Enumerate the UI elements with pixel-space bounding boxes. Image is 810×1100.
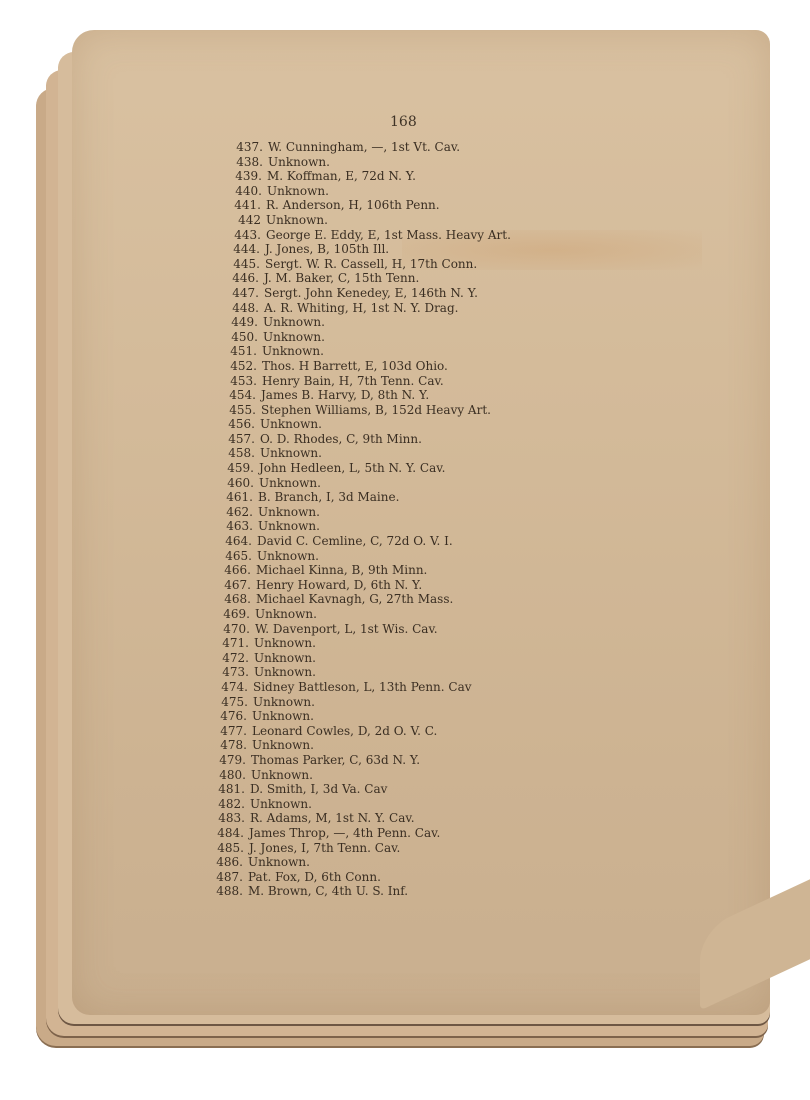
entry-text: Unknown. (252, 709, 314, 724)
list-item: 486.Unknown. (210, 855, 570, 870)
entry-number: 454. (223, 388, 261, 403)
entry-number: 462. (220, 505, 258, 520)
list-item: 446.J. M. Baker, C, 15th Tenn. (226, 271, 570, 286)
entry-number: 470. (217, 622, 255, 637)
list-item: 476.Unknown. (214, 709, 570, 724)
entry-number: 484. (211, 826, 249, 841)
entry-number: 459. (221, 461, 259, 476)
list-item: 442Unknown. (228, 213, 570, 228)
entry-text: George E. Eddy, E, 1st Mass. Heavy Art. (266, 228, 511, 243)
entry-text: Unknown. (252, 738, 314, 753)
list-item: 444.J. Jones, B, 105th Ill. (227, 242, 570, 257)
entry-text: John Hedleen, L, 5th N. Y. Cav. (259, 461, 445, 476)
list-item: 440.Unknown. (229, 184, 570, 199)
list-item: 451.Unknown. (224, 344, 570, 359)
list-item: 470.W. Davenport, L, 1st Wis. Cav. (217, 622, 570, 637)
list-item: 474.Sidney Battleson, L, 13th Penn. Cav (215, 680, 570, 695)
entry-text: Unknown. (259, 476, 321, 491)
entry-text: Unknown. (251, 768, 313, 783)
entry-text: M. Brown, C, 4th U. S. Inf. (248, 884, 408, 899)
entry-text: Sergt. John Kenedey, E, 146th N. Y. (264, 286, 478, 301)
list-item: 483.R. Adams, M, 1st N. Y. Cav. (212, 811, 570, 826)
list-item: 473.Unknown. (216, 665, 570, 680)
entry-text: David C. Cemline, C, 72d O. V. I. (257, 534, 453, 549)
list-item: 481.D. Smith, I, 3d Va. Cav (212, 782, 570, 797)
entry-number: 483. (212, 811, 250, 826)
entry-text: Michael Kavnagh, G, 27th Mass. (256, 592, 453, 607)
entry-text: Unknown. (257, 549, 319, 564)
entry-text: Unknown. (260, 417, 322, 432)
list-item: 439.M. Koffman, E, 72d N. Y. (229, 169, 570, 184)
list-item: 488.M. Brown, C, 4th U. S. Inf. (210, 884, 570, 899)
entry-number: 437. (230, 140, 268, 155)
entry-text: M. Koffman, E, 72d N. Y. (267, 169, 416, 184)
entry-text: Unknown. (263, 315, 325, 330)
entry-text: Thos. H Barrett, E, 103d Ohio. (262, 359, 448, 374)
entry-number: 468. (218, 592, 256, 607)
entry-text: James B. Harvy, D, 8th N. Y. (261, 388, 429, 403)
entry-number: 466. (218, 563, 256, 578)
entry-number: 438. (230, 155, 268, 170)
entry-text: Henry Bain, H, 7th Tenn. Cav. (262, 374, 444, 389)
entry-text: Unknown. (262, 344, 324, 359)
entry-text: Unknown. (260, 446, 322, 461)
entry-number: 481. (212, 782, 250, 797)
list-item: 437.W. Cunningham, —, 1st Vt. Cav. (230, 140, 570, 155)
entry-text: O. D. Rhodes, C, 9th Minn. (260, 432, 422, 447)
entry-text: Unknown. (267, 184, 329, 199)
list-item: 460.Unknown. (221, 476, 570, 491)
entry-number: 447. (226, 286, 264, 301)
entry-text: J. Jones, I, 7th Tenn. Cav. (249, 841, 400, 856)
list-item: 466.Michael Kinna, B, 9th Minn. (218, 563, 570, 578)
entry-text: R. Anderson, H, 106th Penn. (266, 198, 440, 213)
list-item: 456.Unknown. (222, 417, 570, 432)
entry-number: 487. (210, 870, 248, 885)
entry-number: 456. (222, 417, 260, 432)
list-item: 453.Henry Bain, H, 7th Tenn. Cav. (224, 374, 570, 389)
entry-text: Unknown. (258, 519, 320, 534)
entry-number: 463. (220, 519, 258, 534)
list-item: 457.O. D. Rhodes, C, 9th Minn. (222, 432, 570, 447)
list-item: 445.Sergt. W. R. Cassell, H, 17th Conn. (227, 257, 570, 272)
entry-number: 473. (216, 665, 254, 680)
entry-number: 448. (226, 301, 264, 316)
entry-number: 460. (221, 476, 259, 491)
entry-text: J. Jones, B, 105th Ill. (265, 242, 389, 257)
entry-number: 471. (216, 636, 254, 651)
page-number: 168 (390, 114, 417, 130)
list-item: 468.Michael Kavnagh, G, 27th Mass. (218, 592, 570, 607)
entry-text: Henry Howard, D, 6th N. Y. (256, 578, 422, 593)
entry-number: 476. (214, 709, 252, 724)
list-item: 449.Unknown. (225, 315, 570, 330)
list-item: 452.Thos. H Barrett, E, 103d Ohio. (224, 359, 570, 374)
list-item: 469.Unknown. (217, 607, 570, 622)
entry-number: 469. (217, 607, 255, 622)
list-item: 482.Unknown. (212, 797, 570, 812)
list-item: 475.Unknown. (215, 695, 570, 710)
entry-number: 441. (228, 198, 266, 213)
list-item: 461.B. Branch, I, 3d Maine. (220, 490, 570, 505)
list-item: 448.A. R. Whiting, H, 1st N. Y. Drag. (226, 301, 570, 316)
entry-text: Pat. Fox, D, 6th Conn. (248, 870, 381, 885)
entry-text: J. M. Baker, C, 15th Tenn. (264, 271, 419, 286)
list-item: 441.R. Anderson, H, 106th Penn. (228, 198, 570, 213)
list-item: 480.Unknown. (213, 768, 570, 783)
entry-text: W. Davenport, L, 1st Wis. Cav. (255, 622, 438, 637)
entry-number: 482. (212, 797, 250, 812)
list-item: 450.Unknown. (225, 330, 570, 345)
list-item: 467.Henry Howard, D, 6th N. Y. (218, 578, 570, 593)
entry-list: 437.W. Cunningham, —, 1st Vt. Cav.438.Un… (230, 140, 570, 899)
entry-text: Unknown. (248, 855, 310, 870)
list-item: 463.Unknown. (220, 519, 570, 534)
entry-number: 461. (220, 490, 258, 505)
entry-number: 451. (224, 344, 262, 359)
entry-number: 467. (218, 578, 256, 593)
list-item: 485.J. Jones, I, 7th Tenn. Cav. (211, 841, 570, 856)
entry-number: 486. (210, 855, 248, 870)
list-item: 443.George E. Eddy, E, 1st Mass. Heavy A… (228, 228, 570, 243)
entry-text: Michael Kinna, B, 9th Minn. (256, 563, 427, 578)
list-item: 455.Stephen Williams, B, 152d Heavy Art. (223, 403, 570, 418)
entry-number: 480. (213, 768, 251, 783)
entry-text: A. R. Whiting, H, 1st N. Y. Drag. (264, 301, 458, 316)
list-item: 447.Sergt. John Kenedey, E, 146th N. Y. (226, 286, 570, 301)
entry-text: D. Smith, I, 3d Va. Cav (250, 782, 387, 797)
list-item: 459.John Hedleen, L, 5th N. Y. Cav. (221, 461, 570, 476)
list-item: 472.Unknown. (216, 651, 570, 666)
entry-number: 450. (225, 330, 263, 345)
entry-number: 455. (223, 403, 261, 418)
entry-text: James Throp, —, 4th Penn. Cav. (249, 826, 440, 841)
entry-number: 465. (219, 549, 257, 564)
list-item: 462.Unknown. (220, 505, 570, 520)
entry-text: Unknown. (254, 651, 316, 666)
torn-corner (700, 869, 810, 1010)
entry-text: Unknown. (266, 213, 328, 228)
entry-number: 446. (226, 271, 264, 286)
entry-text: Sergt. W. R. Cassell, H, 17th Conn. (265, 257, 477, 272)
entry-number: 443. (228, 228, 266, 243)
entry-text: Leonard Cowles, D, 2d O. V. C. (252, 724, 437, 739)
entry-number: 445. (227, 257, 265, 272)
list-item: 454.James B. Harvy, D, 8th N. Y. (223, 388, 570, 403)
entry-text: R. Adams, M, 1st N. Y. Cav. (250, 811, 415, 826)
entry-text: Unknown. (254, 665, 316, 680)
entry-number: 485. (211, 841, 249, 856)
entry-number: 472. (216, 651, 254, 666)
entry-number: 439. (229, 169, 267, 184)
entry-text: B. Branch, I, 3d Maine. (258, 490, 399, 505)
entry-number: 479. (213, 753, 251, 768)
entry-text: Unknown. (258, 505, 320, 520)
list-item: 471.Unknown. (216, 636, 570, 651)
list-item: 458.Unknown. (222, 446, 570, 461)
entry-number: 452. (224, 359, 262, 374)
entry-number: 475. (215, 695, 253, 710)
entry-text: Thomas Parker, C, 63d N. Y. (251, 753, 420, 768)
entry-text: Sidney Battleson, L, 13th Penn. Cav (253, 680, 472, 695)
entry-text: W. Cunningham, —, 1st Vt. Cav. (268, 140, 460, 155)
entry-number: 488. (210, 884, 248, 899)
entry-number: 464. (219, 534, 257, 549)
list-item: 484.James Throp, —, 4th Penn. Cav. (211, 826, 570, 841)
list-item: 479.Thomas Parker, C, 63d N. Y. (213, 753, 570, 768)
list-item: 465.Unknown. (219, 549, 570, 564)
entry-text: Unknown. (268, 155, 330, 170)
entry-text: Unknown. (254, 636, 316, 651)
entry-text: Stephen Williams, B, 152d Heavy Art. (261, 403, 491, 418)
entry-number: 453. (224, 374, 262, 389)
list-item: 487.Pat. Fox, D, 6th Conn. (210, 870, 570, 885)
entry-number: 449. (225, 315, 263, 330)
entry-text: Unknown. (263, 330, 325, 345)
entry-number: 440. (229, 184, 267, 199)
entry-number: 474. (215, 680, 253, 695)
entry-text: Unknown. (255, 607, 317, 622)
list-item: 438.Unknown. (230, 155, 570, 170)
entry-number: 444. (227, 242, 265, 257)
entry-number: 478. (214, 738, 252, 753)
entry-text: Unknown. (253, 695, 315, 710)
list-item: 478.Unknown. (214, 738, 570, 753)
entry-number: 477. (214, 724, 252, 739)
entry-text: Unknown. (250, 797, 312, 812)
list-item: 477.Leonard Cowles, D, 2d O. V. C. (214, 724, 570, 739)
entry-number: 458. (222, 446, 260, 461)
entry-number: 457. (222, 432, 260, 447)
list-item: 464.David C. Cemline, C, 72d O. V. I. (219, 534, 570, 549)
entry-number: 442 (228, 213, 266, 228)
